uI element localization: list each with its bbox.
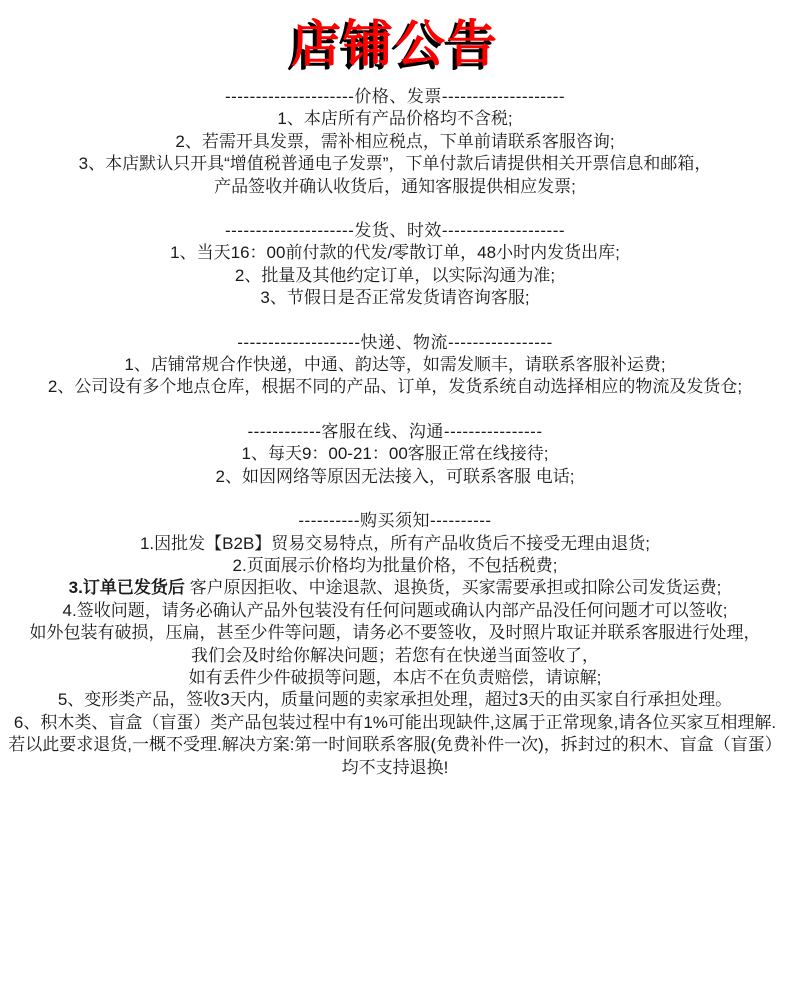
section-header-purchase-notes: ----------购买须知---------- [0,510,790,532]
section-price-invoice: ---------------------价格、发票--------------… [0,86,790,198]
announcement-line: 1、本店所有产品价格均不含税; [0,108,790,130]
announcement-line: 2、如因网络等原因无法接入，可联系客服 电话; [0,466,790,488]
announcement-line: 若以此要求退货,一概不受理.解决方案:第一时间联系客服(免费补件一次)，拆封过的… [0,734,790,756]
section-header-customer-service: ------------客服在线、沟通---------------- [0,421,790,443]
announcement-line: 3、本店默认只开具“增值税普通电子发票”，下单付款后请提供相关开票信息和邮箱， [0,153,790,175]
store-announcement-page: 店铺公告 ---------------------价格、发票---------… [0,0,790,1000]
announcement-line: 2、若需开具发票，需补相应税点，下单前请联系客服咨询; [0,131,790,153]
announcement-line: 2、公司设有多个地点仓库，根据不同的产品、订单，发货系统自动选择相应的物流及发货… [0,376,790,398]
announcement-line: 如外包装有破损，压扁，甚至少件等问题，请务必不要签收，及时照片取证并联系客服进行… [0,622,790,644]
announcement-line: 1、店铺常规合作快递，中通、韵达等，如需发顺丰，请联系客服补运费; [0,354,790,376]
announcement-line: 6、积木类、盲盒（盲蛋）类产品包装过程中有1%可能出现缺件,这属于正常现象,请各… [0,712,790,734]
announcement-line: 2、批量及其他约定订单，以实际沟通为准; [0,265,790,287]
announcement-line: 产品签收并确认收货后，通知客服提供相应发票; [0,176,790,198]
section-express-logistics: --------------------快递、物流---------------… [0,332,790,399]
section-header-shipping-time: ---------------------发货、时效--------------… [0,220,790,242]
announcement-line: 1.因批发【B2B】贸易交易特点，所有产品收货后不接受无理由退货; [0,533,790,555]
announcement-content: ---------------------价格、发票--------------… [0,73,790,779]
announcement-line: 如有丢件少件破损等问题，本店不在负责赔偿，请谅解; [0,667,790,689]
bold-line-rest-text: 客户原因拒收、中途退款、退换货，买家需要承担或扣除公司发货运费; [185,578,721,597]
announcement-line: 3、节假日是否正常发货请咨询客服; [0,287,790,309]
section-header-price-invoice: ---------------------价格、发票--------------… [0,86,790,108]
section-header-express-logistics: --------------------快递、物流---------------… [0,332,790,354]
bold-prefix-text: 3.订单已发货后 [69,578,185,597]
section-customer-service: ------------客服在线、沟通---------------- 1、每天… [0,421,790,488]
announcement-line: 1、当天16：00前付款的代发/零散订单，48小时内发货出库; [0,242,790,264]
announcement-line: 5、变形类产品，签收3天内，质量问题的卖家承担处理，超过3天的由买家自行承担处理… [0,689,790,711]
section-shipping-time: ---------------------发货、时效--------------… [0,220,790,310]
announcement-line: 1、每天9：00-21：00客服正常在线接待; [0,443,790,465]
announcement-line-bold-prefix: 3.订单已发货后 客户原因拒收、中途退款、退换货，买家需要承担或扣除公司发货运费… [0,577,790,599]
announcement-line: 我们会及时给你解决问题；若您有在快递当面签收了， [0,645,790,667]
page-title: 店铺公告 [0,0,790,73]
announcement-line: 均不支持退换! [0,757,790,779]
section-purchase-notes: ----------购买须知---------- 1.因批发【B2B】贸易交易特… [0,510,790,779]
announcement-line: 2.页面展示价格均为批量价格，不包括税费; [0,555,790,577]
announcement-line: 4.签收问题，请务必确认产品外包装没有任何问题或确认内部产品没任何问题才可以签收… [0,600,790,622]
